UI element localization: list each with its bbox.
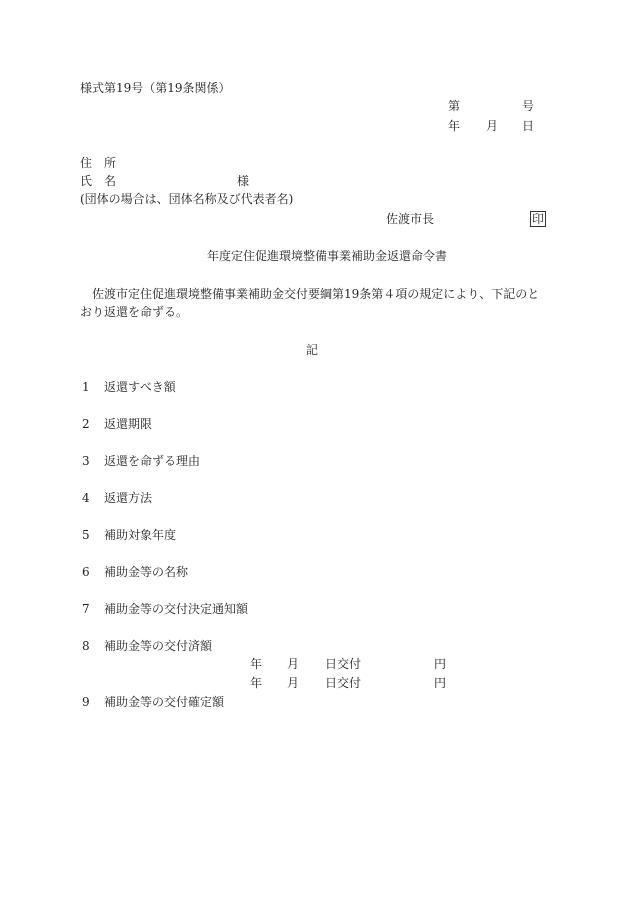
- date-year: 年: [448, 118, 460, 134]
- issuer-title: 佐渡市長: [386, 211, 434, 227]
- item-label: 返還すべき額: [104, 379, 176, 395]
- payment-unit: 円: [434, 675, 446, 691]
- date-month: 月: [486, 118, 498, 134]
- number-suffix: 号: [522, 98, 534, 114]
- item-label: 返還方法: [104, 490, 152, 506]
- item-label: 返還を命ずる理由: [104, 453, 200, 469]
- seal-mark: 印: [530, 211, 546, 227]
- payment-month: 月: [287, 675, 299, 691]
- name-label: 氏 名: [80, 173, 116, 189]
- item-number: 2: [82, 416, 90, 432]
- body-line-2: おり返還を命ずる。: [80, 304, 188, 320]
- item-number: 4: [82, 490, 90, 506]
- item-label: 返還期限: [104, 416, 152, 432]
- ki-heading: 記: [306, 342, 318, 358]
- item-label: 補助金等の交付確定額: [104, 694, 224, 710]
- address-label: 住 所: [80, 155, 116, 171]
- item-number: 6: [82, 564, 90, 580]
- document-title: 年度定住促進環境整備事業補助金返還命令書: [207, 248, 447, 264]
- payment-year: 年: [250, 656, 262, 672]
- item-number: 8: [82, 638, 90, 654]
- date-day: 日: [522, 118, 534, 134]
- number-prefix: 第: [448, 98, 460, 114]
- item-number: 1: [82, 379, 90, 395]
- item-label: 補助金等の交付済額: [104, 638, 212, 654]
- item-number: 5: [82, 527, 90, 543]
- item-number: 7: [82, 601, 90, 617]
- item-label: 補助対象年度: [104, 527, 176, 543]
- body-line-1: 佐渡市定住促進環境整備事業補助金交付要綱第19条第４項の規定により、下記のと: [92, 286, 539, 302]
- payment-day: 日交付: [325, 656, 361, 672]
- honorific: 様: [237, 173, 249, 189]
- item-number: 9: [82, 694, 90, 710]
- payment-unit: 円: [434, 656, 446, 672]
- payment-day: 日交付: [325, 675, 361, 691]
- payment-year: 年: [250, 675, 262, 691]
- item-label: 補助金等の交付決定通知額: [104, 601, 248, 617]
- item-number: 3: [82, 453, 90, 469]
- form-label: 様式第19号（第19条関係）: [80, 80, 231, 96]
- item-label: 補助金等の名称: [104, 564, 188, 580]
- payment-month: 月: [287, 656, 299, 672]
- organization-note: (団体の場合は、団体名称及び代表者名): [80, 191, 293, 207]
